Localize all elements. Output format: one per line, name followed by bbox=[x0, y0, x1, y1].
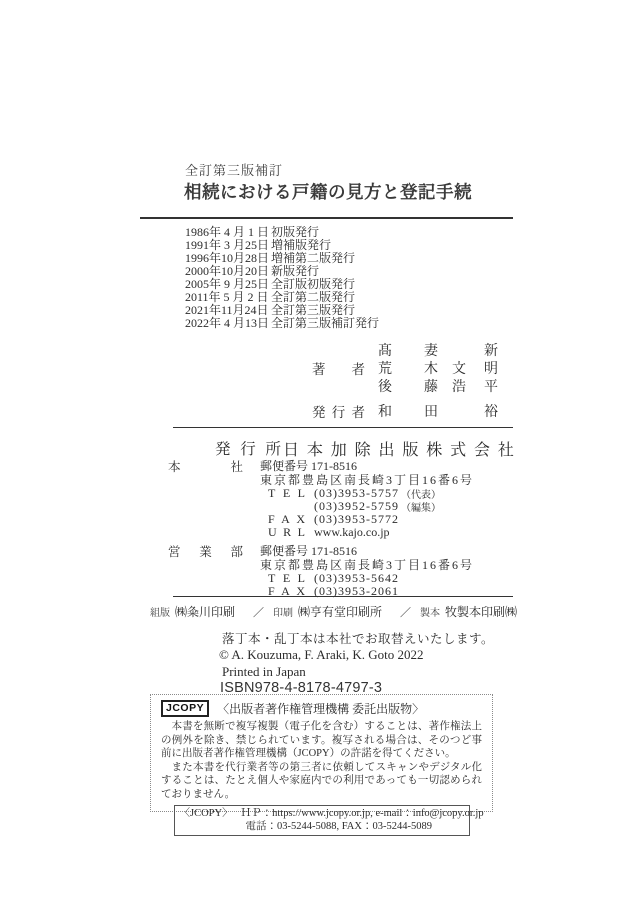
surname: 和田 bbox=[378, 401, 438, 421]
history-event: 全訂第三版補訂発行 bbox=[271, 316, 379, 330]
jcopy-contact-line2: 電話：03-5244-5088, FAX：03-5244-5089 bbox=[246, 820, 464, 833]
url-label: URL bbox=[268, 525, 305, 540]
book-title: 相続における戸籍の見方と登記手続 bbox=[184, 179, 472, 204]
given-name: 浩平 bbox=[452, 376, 498, 396]
printing-company: ㈱亨有堂印刷所 bbox=[298, 603, 382, 620]
jcopy-notice-box: JCOPY 〈出版者著作権管理機構 委託出版物〉 本書を無断で複写複製（電子化を… bbox=[150, 694, 493, 812]
binding-company: 牧製本印刷㈱ bbox=[445, 603, 517, 620]
printed-in-japan: Printed in Japan bbox=[222, 664, 306, 680]
history-event: 全訂第三版発行 bbox=[271, 303, 355, 317]
history-row: 2022年 4 月13日全訂第三版補訂発行 bbox=[185, 317, 379, 330]
tel-note: （編集） bbox=[401, 499, 441, 514]
colophon-page: 全訂第三版補訂 相続における戸籍の見方と登記手続 1986年 4 月 1 日初版… bbox=[0, 0, 637, 900]
person-name: 和田 裕 bbox=[378, 401, 498, 421]
tel-label: TEL bbox=[268, 486, 305, 501]
given-name: 裕 bbox=[452, 401, 498, 421]
head-office-url-row: URL www.kajo.co.jp bbox=[268, 525, 390, 540]
history-event: 全訂第二版発行 bbox=[271, 290, 355, 304]
separator: ／ bbox=[253, 604, 264, 620]
person-name: 荒木 文明 bbox=[378, 358, 498, 378]
surname: 荒木 bbox=[378, 358, 438, 378]
given-name: 新 bbox=[452, 340, 498, 360]
issuer-row: 発行者 和田 裕 bbox=[312, 402, 498, 420]
jcopy-contact-box: 〈JCOPY〉 ＨＰ：https://www.jcopy.or.jp, e-ma… bbox=[174, 805, 470, 836]
author-row: 後藤 浩平 bbox=[312, 377, 498, 395]
history-date: 2022年 4 月13日 bbox=[185, 317, 271, 330]
author-row: 著者 荒木 文明 bbox=[312, 359, 498, 377]
separator: ／ bbox=[400, 604, 411, 620]
person-name: 髙妻 新 bbox=[378, 340, 498, 360]
jcopy-contact-urls: ＨＰ：https://www.jcopy.or.jp, e-mail：info@… bbox=[241, 807, 484, 820]
issuer-label: 発行者 bbox=[312, 401, 365, 421]
history-event: 増補版発行 bbox=[271, 238, 331, 252]
prepress-company: ㈱粂川印刷 bbox=[175, 603, 235, 620]
head-office-label: 本社 bbox=[168, 457, 243, 475]
title-divider bbox=[140, 217, 513, 219]
jcopy-paragraph-2: また本書を代行業者等の第三者に依頼してスキャンやデジタル化することは、たとえ個人… bbox=[161, 761, 482, 802]
person-name: 後藤 浩平 bbox=[378, 376, 498, 396]
history-event: 初版発行 bbox=[271, 225, 319, 239]
jcopy-subtitle: 〈出版者著作権管理機構 委託出版物〉 bbox=[217, 700, 424, 717]
history-event: 増補第二版発行 bbox=[271, 251, 355, 265]
binding-label: 製本 bbox=[420, 604, 440, 619]
credits-divider bbox=[173, 427, 513, 428]
given-name: 文明 bbox=[452, 358, 498, 378]
prepress-label: 組版 bbox=[150, 604, 170, 619]
surname: 髙妻 bbox=[378, 340, 438, 360]
jcopy-contact-label: 〈JCOPY〉 bbox=[180, 807, 233, 820]
sales-office-label: 営業部 bbox=[168, 542, 243, 560]
edition-note: 全訂第三版補訂 bbox=[185, 160, 283, 179]
copyright-line: © A. Kouzuma, F. Araki, K. Goto 2022 bbox=[219, 647, 424, 663]
url-value: www.kajo.co.jp bbox=[314, 525, 390, 540]
office-divider bbox=[173, 596, 513, 597]
printing-label: 印刷 bbox=[273, 604, 293, 619]
credits-block: 髙妻 新 著者 荒木 文明 後藤 浩平 発行者 和田 裕 bbox=[312, 341, 498, 420]
replacement-notice: 落丁本・乱丁本は本社でお取替えいたします。 bbox=[222, 629, 494, 647]
production-credits: 組版 ㈱粂川印刷 ／ 印刷 ㈱亨有堂印刷所 ／ 製本 牧製本印刷㈱ bbox=[150, 603, 526, 620]
jcopy-logo: JCOPY bbox=[161, 700, 209, 717]
author-row: 髙妻 新 bbox=[312, 341, 498, 359]
publication-history: 1986年 4 月 1 日初版発行 1991年 3 月25日増補版発行 1996… bbox=[185, 226, 379, 330]
jcopy-header: JCOPY 〈出版者著作権管理機構 委託出版物〉 bbox=[161, 700, 482, 717]
surname: 後藤 bbox=[378, 376, 438, 396]
authors-label: 著者 bbox=[312, 358, 365, 378]
jcopy-paragraph-1: 本書を無断で複写複製（電子化を含む）することは、著作権法上の例外を除き、禁じられ… bbox=[161, 720, 482, 761]
history-event: 全訂版初版発行 bbox=[271, 277, 355, 291]
jcopy-contact-line1: 〈JCOPY〉 ＨＰ：https://www.jcopy.or.jp, e-ma… bbox=[180, 807, 464, 820]
history-event: 新版発行 bbox=[271, 264, 319, 278]
